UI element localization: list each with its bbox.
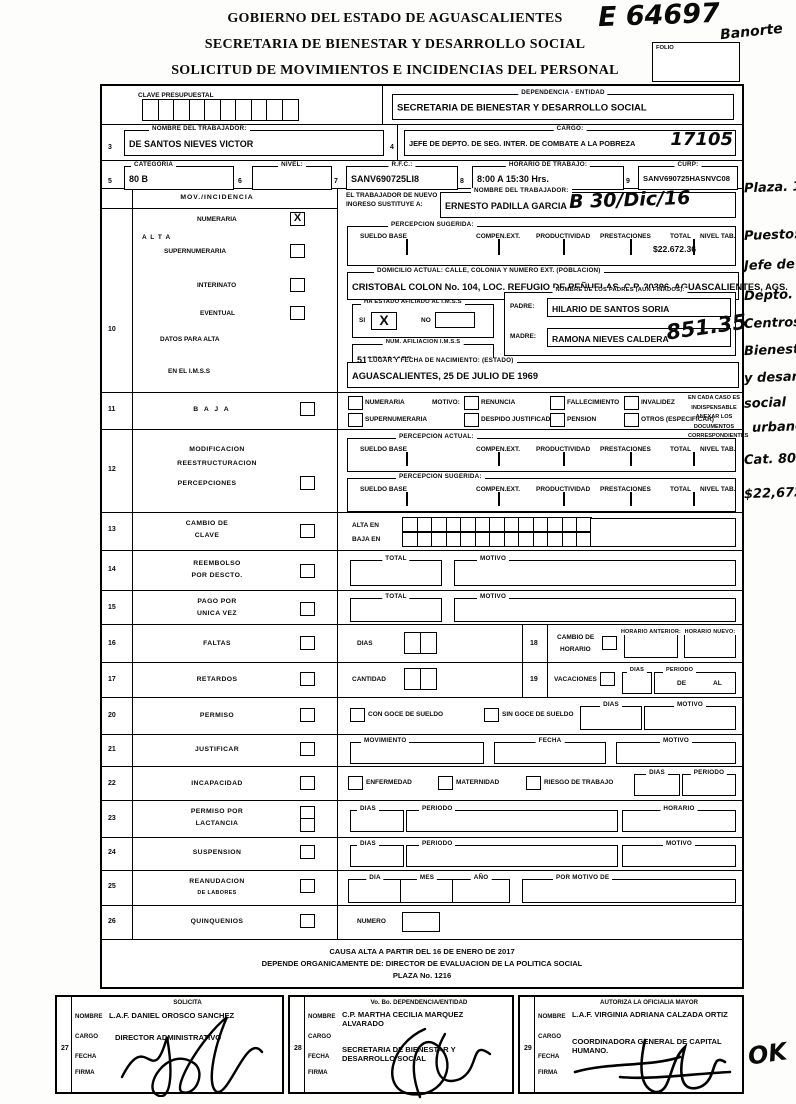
vobo-header: Vo. Bo. DEPENDENCIA/ENTIDAD [330, 999, 508, 1006]
alta-en-label: ALTA EN [352, 522, 379, 529]
datos-para-alta-label: DATOS PARA ALTA [160, 336, 220, 343]
substitute-caption-line2: INGRESO SUSTITUYE A: [346, 201, 423, 208]
signature-block-vobo: 28 Vo. Bo. DEPENDENCIA/ENTIDAD NOMBRE CA… [288, 995, 514, 1094]
field5-number: 5 [108, 178, 112, 185]
checkbox-alta-supernumeraria[interactable] [290, 244, 305, 258]
reanudacion-ano-label: AÑO [471, 875, 492, 881]
imss-affiliated-box[interactable]: HA ESTADO AFILIADO AL I.M.S.S SI X NO [352, 304, 494, 338]
horario-nuevo-field[interactable]: HORARIO NUEVO: [684, 634, 736, 658]
cambio-clave-label1: CAMBIO DE [132, 520, 282, 527]
reembolso-label1: REEMBOLSO [132, 560, 302, 567]
birthplace-value: AGUASCALIENTES, 25 DE JULIO DE 1969 [352, 371, 538, 381]
checkbox-suspension[interactable] [300, 845, 315, 859]
work-schedule-label: HORARIO DE TRABAJO: [506, 162, 590, 168]
page-title: SOLICITUD DE MOVIMIENTOS E INCIDENCIAS D… [90, 58, 700, 84]
col-nivel-tab: NIVEL TAB. [700, 486, 736, 493]
retardos-cantidad-label: CANTIDAD [352, 676, 386, 683]
baja-supernumeraria-label: SUPERNUMERARIA [365, 416, 427, 423]
cargo-row-label: CARGO [75, 1033, 98, 1040]
nombre-row-label: NOMBRE [538, 1013, 566, 1020]
baja-fallecimiento-label: FALLECIMIENTO [567, 399, 619, 406]
col-prestaciones: PRESTACIONES [600, 486, 651, 493]
col-prestaciones: PRESTACIONES [600, 446, 651, 453]
justificar-motivo-label: MOTIVO [660, 738, 692, 744]
vobo-name: C.P. MARTHA CECILIA MARQUEZ ALVARADO [342, 1010, 492, 1029]
category-label: CATEGORIA [131, 162, 176, 168]
section21-number: 21 [108, 746, 116, 753]
incapacidad-dias-label: DIAS [646, 770, 668, 776]
footer-notes: CAUSA ALTA A PARTIR DEL 16 DE ENERO DE 2… [102, 946, 742, 982]
footer-line2: DEPENDE ORGANICAMENTE DE: DIRECTOR DE EV… [102, 958, 742, 970]
checkbox-baja-supernumeraria[interactable] [348, 413, 363, 427]
incapacidad-periodo-field[interactable]: PERIODO [682, 774, 736, 796]
col-total: TOTAL [670, 446, 691, 453]
suspension-periodo-label: PERIODO [419, 841, 455, 847]
substitute-name-field[interactable]: NOMBRE DEL TRABAJADOR: ERNESTO PADILLA G… [440, 192, 736, 218]
checkbox-maternidad[interactable] [438, 776, 453, 790]
checkbox-baja-otros[interactable] [624, 413, 639, 427]
margin-note-jefe: Jefe de [744, 257, 795, 274]
mother-field[interactable]: RAMONA NIEVES CALDERA 851.35 [547, 328, 731, 347]
reanudacion-motivo-field[interactable]: POR MOTIVO DE [522, 879, 736, 903]
con-goce-label: CON GOCE DE SUELDO [368, 711, 443, 718]
category-field[interactable]: CATEGORIA 80 B [124, 166, 234, 190]
checkbox-faltas[interactable] [300, 636, 315, 650]
suggested-total-value: $22.672.36 [653, 245, 696, 254]
firma-row-label: FIRMA [538, 1069, 558, 1076]
margin-note-social: social [744, 395, 787, 411]
vobo-cargo: SECRETARIA DE BIENESTAR Y DESARROLLO SOC… [342, 1045, 492, 1064]
cargo-row-label: CARGO [308, 1033, 331, 1040]
field8-number: 8 [460, 178, 464, 185]
lactancia-periodo-label: PERIODO [419, 806, 455, 812]
firma-row-label: FIRMA [75, 1069, 95, 1076]
section11-number: 11 [108, 406, 115, 413]
father-label: PADRE: [510, 303, 534, 310]
reembolso-total-label: TOTAL [382, 556, 409, 562]
cambio-horario-label1: CAMBIO DE [557, 634, 594, 641]
checkbox-imss-si[interactable]: X [371, 312, 397, 330]
checkbox-baja-renuncia[interactable] [464, 396, 479, 410]
vacaciones-label: VACACIONES [554, 676, 597, 683]
justificar-movimiento-label: MOVIMIENTO [361, 738, 409, 744]
reembolso-label2: POR DESCTO. [132, 572, 302, 579]
parents-label: NOMBRE DE LOS PADRES (AUN FINADOS): [553, 288, 688, 294]
checkbox-riesgo-trabajo[interactable] [526, 776, 541, 790]
margin-note-categoria: Cat. 80 B [744, 451, 796, 468]
section24-number: 24 [108, 849, 116, 856]
cambio-clave-label2: CLAVE [132, 532, 282, 539]
checkbox-sin-goce[interactable] [484, 708, 499, 722]
birthplace-field[interactable]: LUGAR Y FECHA DE NACIMIENTO: (ESTADO) AG… [347, 362, 739, 388]
reanudacion-mes-label: MES [417, 875, 437, 881]
vacaciones-dias-label: DIAS [627, 668, 647, 674]
checkbox-vacaciones[interactable] [600, 672, 615, 686]
alta-supernumeraria-label: SUPERNUMERARIA [164, 248, 226, 255]
section22-number: 22 [108, 780, 116, 787]
section10-number: 10 [108, 326, 116, 333]
suspension-label: SUSPENSION [132, 849, 302, 856]
col-nivel-tab: NIVEL TAB. [700, 233, 736, 240]
col-sueldo-base: SUELDO BASE [360, 486, 407, 493]
checkbox-baja-pension[interactable] [550, 413, 565, 427]
substitute-handwritten-date: B 30/Dic/16 [569, 187, 691, 213]
section20-number: 20 [108, 712, 116, 719]
imss-no-label: NO [421, 317, 431, 324]
pago-motivo-field[interactable]: MOTIVO [454, 598, 736, 622]
permiso-dias-label: DIAS [600, 702, 622, 708]
substitute-caption-line1: EL TRABAJADOR DE NUEVO [346, 192, 437, 199]
checkbox-baja-invalidez[interactable] [624, 396, 639, 410]
folio-box[interactable]: FOLIO [652, 42, 740, 82]
autoriza-header: AUTORIZA LA OFICIALIA MAYOR [560, 999, 738, 1006]
father-value: HILARIO DE SANTOS SORIA [552, 303, 669, 313]
section28-number: 28 [294, 1045, 302, 1052]
field9-number: 9 [626, 178, 630, 185]
reanudacion-label1: REANUDACION [132, 878, 302, 885]
vacaciones-periodo-label: PERIODO [663, 668, 696, 674]
alta-numeraria-label: NUMERARIA [197, 216, 237, 223]
scanned-form-page: GOBIERNO DEL ESTADO DE AGUASCALIENTES SE… [0, 0, 796, 1104]
address-label: DOMICILIO ACTUAL: CALLE, COLONIA Y NUMER… [374, 268, 604, 274]
reanudacion-motivo-label: POR MOTIVO DE [553, 875, 612, 881]
suspension-dias-field[interactable]: DIAS [350, 845, 404, 867]
worker-name-label: NOMBRE DEL TRABAJADOR: [149, 126, 250, 132]
maternidad-label: MATERNIDAD [456, 779, 499, 786]
suggested-pay-box[interactable]: PERCEPCION SUGERIDA: SUELDO BASE COMPEN.… [347, 226, 736, 266]
mother-label: MADRE: [510, 333, 536, 340]
checkbox-justificar[interactable] [300, 742, 315, 756]
folio-label: FOLIO [656, 45, 674, 51]
margin-note-centros: Centros [744, 315, 796, 332]
checkbox-baja[interactable] [300, 402, 315, 416]
field4-number: 4 [390, 144, 394, 151]
nombre-row-label: NOMBRE [308, 1013, 336, 1020]
birthplace-label: LUGAR Y FECHA DE NACIMIENTO: (ESTADO) [366, 358, 517, 364]
suspension-dias-label: DIAS [357, 841, 379, 847]
baja-invalidez-label: INVALIDEZ [641, 399, 675, 406]
faltas-dias-cells[interactable] [404, 632, 435, 654]
section15-number: 15 [108, 604, 116, 611]
pago-label2: UNICA VEZ [132, 610, 302, 617]
retardos-label: RETARDOS [132, 676, 302, 683]
section29-number: 29 [524, 1045, 532, 1052]
sin-goce-label: SIN GOCE DE SUELDO [502, 711, 574, 718]
pago-total-label: TOTAL [382, 594, 409, 600]
field3-number: 3 [108, 144, 112, 151]
section19-number: 19 [530, 676, 538, 683]
checkbox-imss-no[interactable] [435, 312, 475, 328]
pago-total-field[interactable]: TOTAL [350, 598, 442, 622]
signature-block-solicita: 27 SOLICITA NOMBRE CARGO FECHA FIRMA L.A… [55, 995, 284, 1094]
reembolso-motivo-field[interactable]: MOTIVO [454, 560, 736, 586]
lactancia-label2: LACTANCIA [132, 820, 302, 827]
checkbox-enfermedad[interactable] [348, 776, 363, 790]
checkbox-incapacidad[interactable] [300, 776, 315, 790]
vacaciones-al-label: AL [713, 680, 722, 687]
reanudacion-label2: DE LABORES [132, 890, 302, 896]
suspension-motivo-field[interactable]: MOTIVO [622, 845, 736, 867]
solicita-name: L.A.F. DANIEL OROSCO SANCHEZ [109, 1011, 277, 1020]
col-total: TOTAL [670, 233, 691, 240]
baja-note: EN CADA CASO ES INDISPENSABLE ANEXAR LOS… [688, 394, 740, 442]
substitute-name-label: NOMBRE DEL TRABAJADOR: [471, 188, 572, 194]
checkbox-quinquenios[interactable] [300, 914, 315, 928]
imss-affiliated-label: HA ESTADO AFILIADO AL I.M.S.S [361, 300, 465, 306]
reanudacion-mes-field[interactable]: MES [400, 879, 454, 903]
margin-note-sueldo: $22,672.- [744, 485, 796, 502]
section25-number: 25 [108, 883, 116, 890]
margin-note-plaza: Plaza. 121 [744, 179, 796, 197]
justificar-fecha-field[interactable]: FECHA [494, 742, 606, 764]
handwritten-folio-code: E 64697 [597, 0, 720, 33]
worker-name-field[interactable]: NOMBRE DEL TRABAJADOR: DE SANTOS NIEVES … [124, 130, 384, 156]
permiso-dias-field[interactable]: DIAS [580, 706, 642, 730]
faltas-dias-label: DIAS [357, 640, 373, 647]
justificar-fecha-label: FECHA [536, 738, 565, 744]
clave-presupuestal-grid[interactable] [142, 99, 297, 121]
dependencia-field[interactable]: DEPENDENCIA - ENTIDAD SECRETARIA DE BIEN… [392, 94, 734, 120]
checkbox-con-goce[interactable] [350, 708, 365, 722]
baja-numeraria-label: NUMERARIA [365, 399, 405, 406]
margin-note-urbano: urbano [752, 419, 796, 436]
level-label: NIVEL: [278, 162, 306, 168]
baja-en-label: BAJA EN [352, 536, 380, 543]
cargo-row-label: CARGO [538, 1033, 561, 1040]
checkbox-cambio-horario[interactable] [602, 636, 617, 650]
vacaciones-periodo-field[interactable]: PERIODO DE AL [654, 672, 736, 694]
rfc-value: SANV690725LI8 [351, 174, 419, 184]
permiso-label: PERMISO [132, 712, 302, 719]
father-field[interactable]: HILARIO DE SANTOS SORIA [547, 298, 731, 317]
suggested-pay-label-2: PERCEPCION SUGERIDA: [396, 474, 485, 480]
quinquenios-label: QUINQUENIOS [132, 918, 302, 925]
horario-anterior-field[interactable]: HORARIO ANTERIOR: [624, 634, 678, 658]
incapacidad-dias-field[interactable]: DIAS [634, 774, 680, 796]
position-value: JEFE DE DEPTO. DE SEG. INTER. DE COMBATE… [409, 139, 635, 148]
margin-note-depto: Depto. d [744, 287, 796, 304]
pago-label1: PAGO POR [132, 598, 302, 605]
checkbox-baja-numeraria[interactable] [348, 396, 363, 410]
cambio-horario-label2: HORARIO [560, 646, 591, 653]
reembolso-motivo-label: MOTIVO [477, 556, 509, 562]
substitute-name-value: ERNESTO PADILLA GARCIA [445, 201, 567, 211]
checkbox-pago-unica-vez[interactable] [300, 602, 315, 616]
checkbox-alta-interinato[interactable] [290, 278, 305, 292]
checkbox-lactancia-2[interactable] [300, 818, 315, 832]
vacaciones-de-label: DE [677, 680, 686, 687]
fecha-row-label: FECHA [538, 1053, 559, 1060]
position-handwritten-code: 17105 [670, 129, 733, 150]
quinquenios-numero-field[interactable] [402, 912, 440, 932]
category-value: 80 B [129, 174, 148, 184]
curp-label: CURP: [675, 162, 702, 168]
title-secretary: SECRETARIA DE BIENESTAR Y DESARROLLO SOC… [90, 32, 700, 58]
baja-note-line1: EN CADA CASO ES INDISPENSABLE [688, 394, 740, 413]
rfc-field[interactable]: R.F.C.: SANV690725LI8 [346, 166, 458, 190]
position-field[interactable]: CARGO: JEFE DE DEPTO. DE SEG. INTER. DE … [404, 130, 736, 156]
baja-en-grid[interactable] [402, 532, 591, 550]
solicita-header: SOLICITA [97, 999, 278, 1006]
en-el-imss-label: EN EL I.M.S.S [168, 368, 210, 375]
retardos-cantidad-cells[interactable] [404, 668, 435, 690]
fecha-row-label: FECHA [308, 1053, 329, 1060]
checkbox-alta-numeraria[interactable]: X [290, 212, 305, 226]
permiso-motivo-field[interactable]: MOTIVO [644, 706, 736, 730]
handwritten-ok: OK [746, 1037, 789, 1070]
horario-nuevo-label: HORARIO NUEVO: [682, 630, 739, 635]
section14-number: 14 [108, 566, 116, 573]
firma-row-label: FIRMA [308, 1069, 328, 1076]
col-nivel-tab: NIVEL TAB. [700, 446, 736, 453]
worker-name-value: DE SANTOS NIEVES VICTOR [129, 139, 253, 149]
quinquenios-numero-label: NUMERO [357, 918, 386, 925]
horario-anterior-label: HORARIO ANTERIOR: [618, 630, 684, 635]
enfermedad-label: ENFERMEDAD [366, 779, 412, 786]
margin-note-puesto: Puesto: [744, 227, 796, 244]
imss-si-label: SI [359, 317, 365, 324]
current-pay-label: PERCEPCION ACTUAL: [396, 434, 477, 440]
section23-number: 23 [108, 815, 116, 822]
current-pay-box[interactable]: PERCEPCION ACTUAL: SUELDO BASE COMPEN.EX… [347, 438, 736, 472]
lactancia-horario-field[interactable]: HORARIO [622, 810, 736, 832]
work-schedule-value: 8:00 A 15:30 Hrs. [477, 174, 549, 184]
lactancia-dias-field[interactable]: DIAS [350, 810, 404, 832]
checkbox-permiso[interactable] [300, 708, 315, 722]
solicita-cargo: DIRECTOR ADMINISTRATIVO [115, 1033, 275, 1042]
alta-interinato-label: INTERINATO [197, 282, 236, 289]
col-sueldo-base: SUELDO BASE [360, 446, 407, 453]
reanudacion-dia-field[interactable]: DIA [348, 879, 402, 903]
justificar-motivo-field[interactable]: MOTIVO [616, 742, 736, 764]
dependencia-label: DEPENDENCIA - ENTIDAD [518, 90, 607, 96]
position-label: CARGO: [554, 126, 587, 132]
col-total: TOTAL [670, 486, 691, 493]
checkbox-cambio-clave[interactable] [300, 524, 315, 538]
permiso-motivo-label: MOTIVO [674, 702, 706, 708]
section13-number: 13 [108, 526, 116, 533]
section16-number: 16 [108, 640, 116, 647]
col-sueldo-base: SUELDO BASE [360, 233, 407, 240]
rfc-label: R.F.C.: [389, 162, 416, 168]
baja-label: B A J A [132, 406, 292, 413]
cambio-clave-extra-box[interactable] [590, 518, 736, 547]
suggested-pay-box-2[interactable]: PERCEPCION SUGERIDA: SUELDO BASE COMPEN.… [347, 478, 736, 512]
section17-number: 17 [108, 676, 116, 683]
autoriza-name: L.A.F. VIRGINIA ADRIANA CALZADA ORTIZ [572, 1010, 732, 1019]
col-prestaciones: PRESTACIONES [600, 233, 651, 240]
mov-incidencia-header: MOV./INCIDENCIA [132, 194, 302, 201]
checkbox-baja-fallecimiento[interactable] [550, 396, 565, 410]
form-body: CLAVE PRESUPUESTAL DEPENDENCIA - ENTIDAD… [100, 84, 744, 989]
reembolso-total-field[interactable]: TOTAL [350, 560, 442, 586]
alta-label: A L T A [142, 234, 171, 241]
section18-number: 18 [530, 640, 538, 647]
reanudacion-ano-field[interactable]: AÑO [452, 879, 510, 903]
footer-line1: CAUSA ALTA A PARTIR DEL 16 DE ENERO DE 2… [102, 946, 742, 958]
handwritten-bank-note: Banorte [719, 21, 783, 43]
checkbox-reanudacion[interactable] [300, 879, 315, 893]
checkbox-percepciones[interactable] [300, 476, 315, 490]
field7-number: 7 [334, 178, 338, 185]
lactancia-dias-label: DIAS [357, 806, 379, 812]
parents-box: NOMBRE DE LOS PADRES (AUN FINADOS): PADR… [504, 292, 736, 356]
imss-number-label: NUM. AFILIACION I.M.S.S [383, 340, 464, 346]
nombre-row-label: NOMBRE [75, 1013, 103, 1020]
mother-value: RAMONA NIEVES CALDERA [552, 333, 669, 343]
signature-block-autoriza: 29 AUTORIZA LA OFICIALIA MAYOR NOMBRE CA… [518, 995, 744, 1094]
lactancia-label1: PERMISO POR [132, 808, 302, 815]
reestructuracion-label: REESTRUCTURACION [132, 460, 302, 467]
baja-pension-label: PENSION [567, 416, 596, 423]
baja-motivo-label: MOTIVO: [432, 399, 460, 406]
footer-line3: PLAZA No. 1216 [102, 970, 742, 982]
checkbox-alta-eventual[interactable] [290, 306, 305, 320]
modificacion-label: MODIFICACION [132, 446, 302, 453]
alta-eventual-label: EVENTUAL [200, 310, 235, 317]
curp-value: SANV690725HASNVC08 [643, 174, 730, 183]
incapacidad-periodo-label: PERIODO [691, 770, 727, 776]
suspension-periodo-field[interactable]: PERIODO [406, 845, 618, 867]
checkbox-retardos[interactable] [300, 672, 315, 686]
justificar-label: JUSTIFICAR [132, 746, 302, 753]
level-field[interactable]: NIVEL: [252, 166, 332, 190]
percepciones-label: PERCEPCIONES [132, 480, 282, 487]
section26-number: 26 [108, 918, 116, 925]
incapacidad-label: INCAPACIDAD [132, 780, 302, 787]
vacaciones-dias-field[interactable]: DIAS [622, 672, 652, 694]
riesgo-trabajo-label: RIESGO DE TRABAJO [544, 779, 613, 786]
checkbox-baja-despido[interactable] [464, 413, 479, 427]
section12-number: 12 [108, 466, 116, 473]
lactancia-horario-label: HORARIO [660, 806, 697, 812]
baja-note-line2: ANEXAR LOS DOCUMENTOS [688, 413, 740, 432]
baja-renuncia-label: RENUNCIA [481, 399, 515, 406]
margin-note-bienestar: Bienesta [744, 342, 796, 359]
pago-motivo-label: MOTIVO [477, 594, 509, 600]
faltas-label: FALTAS [132, 640, 302, 647]
suggested-pay-label: PERCEPCION SUGERIDA: [388, 222, 477, 228]
fecha-row-label: FECHA [75, 1053, 96, 1060]
lactancia-periodo-field[interactable]: PERIODO [406, 810, 618, 832]
suspension-motivo-label: MOTIVO [663, 841, 695, 847]
autoriza-cargo: COORDINADORA GENERAL DE CAPITAL HUMANO. [572, 1037, 732, 1056]
signature-27 [112, 1007, 287, 1097]
margin-note-desarrollo: y desarroll [744, 369, 796, 387]
field6-number: 6 [238, 178, 242, 185]
justificar-movimiento-field[interactable]: MOVIMIENTO [350, 742, 484, 764]
dependencia-value: SECRETARIA DE BIENESTAR Y DESARROLLO SOC… [397, 102, 647, 113]
baja-despido-label: DESPIDO JUSTIFICADO [481, 416, 555, 423]
reanudacion-dia-label: DIA [366, 875, 383, 881]
section27-number: 27 [61, 1045, 69, 1052]
checkbox-reembolso[interactable] [300, 564, 315, 578]
